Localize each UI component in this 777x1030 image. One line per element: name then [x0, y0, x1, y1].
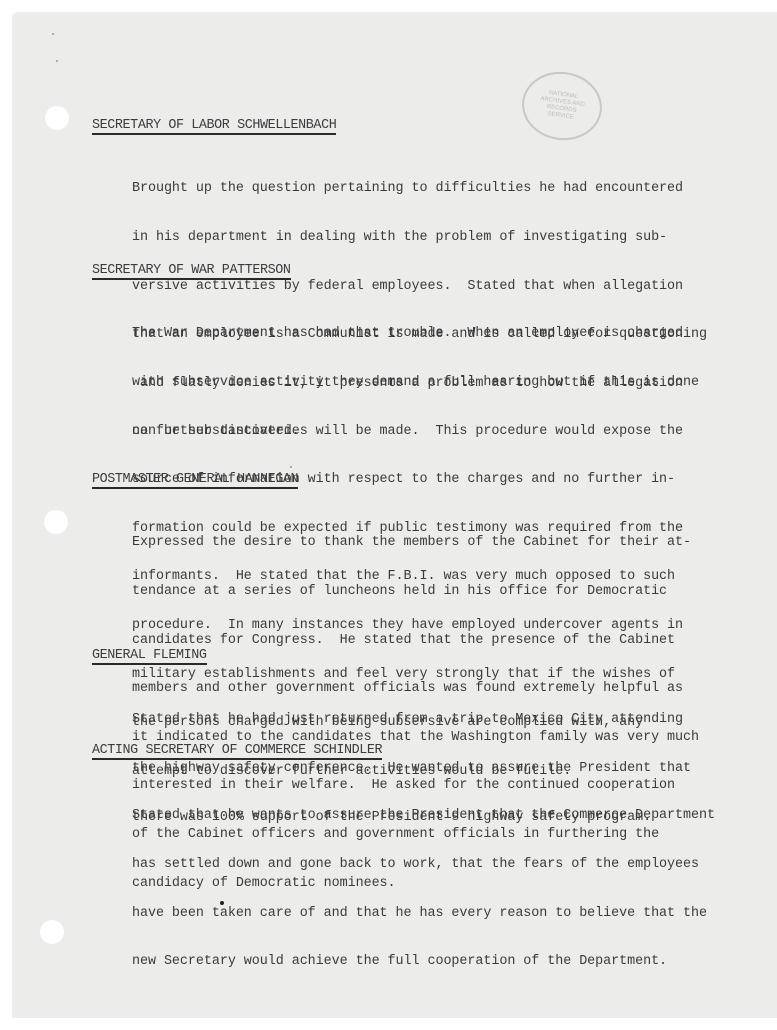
text-line: in his department in dealing with the pr…	[132, 230, 707, 246]
text-line: The War Department has had that trouble.…	[132, 326, 699, 342]
ink-speck	[290, 466, 292, 468]
section-heading: ACTING SECRETARY OF COMMERCE SCHINDLER	[92, 743, 382, 760]
text-line: with subservice activity they demand a f…	[132, 375, 699, 391]
text-line: versive activities by federal employees.…	[132, 279, 707, 295]
text-line: no further discoveries will be made. Thi…	[132, 424, 699, 440]
text-line: Expressed the desire to thank the member…	[132, 535, 699, 551]
text-line: Stated that he wants to assure the Presi…	[132, 808, 715, 824]
section-heading: POSTMASTER GENERAL HANNEGAN	[92, 472, 298, 489]
ink-speck	[56, 60, 58, 62]
text-line: Stated that he had just returned from a …	[132, 712, 691, 728]
text-line: new Secretary would achieve the full coo…	[132, 954, 715, 970]
ink-speck	[52, 33, 54, 35]
text-line: have been taken care of and that he has …	[132, 906, 715, 922]
text-line: tendance at a series of luncheons held i…	[132, 584, 699, 600]
ink-dot	[220, 901, 224, 905]
punch-hole	[40, 920, 64, 944]
text-line: Brought up the question pertaining to di…	[132, 181, 707, 197]
section-heading: SECRETARY OF LABOR SCHWELLENBACH	[92, 118, 336, 135]
text-line: candidates for Congress. He stated that …	[132, 633, 699, 649]
punch-hole	[45, 106, 69, 130]
text-line: has settled down and gone back to work, …	[132, 857, 715, 873]
section-heading: GENERAL FLEMING	[92, 648, 207, 665]
punch-hole	[44, 510, 68, 534]
section-body: Stated that he wants to assure the Presi…	[132, 776, 715, 987]
section-heading: SECRETARY OF WAR PATTERSON	[92, 263, 291, 280]
text-line: the highway safety conference. He wanted…	[132, 761, 691, 777]
